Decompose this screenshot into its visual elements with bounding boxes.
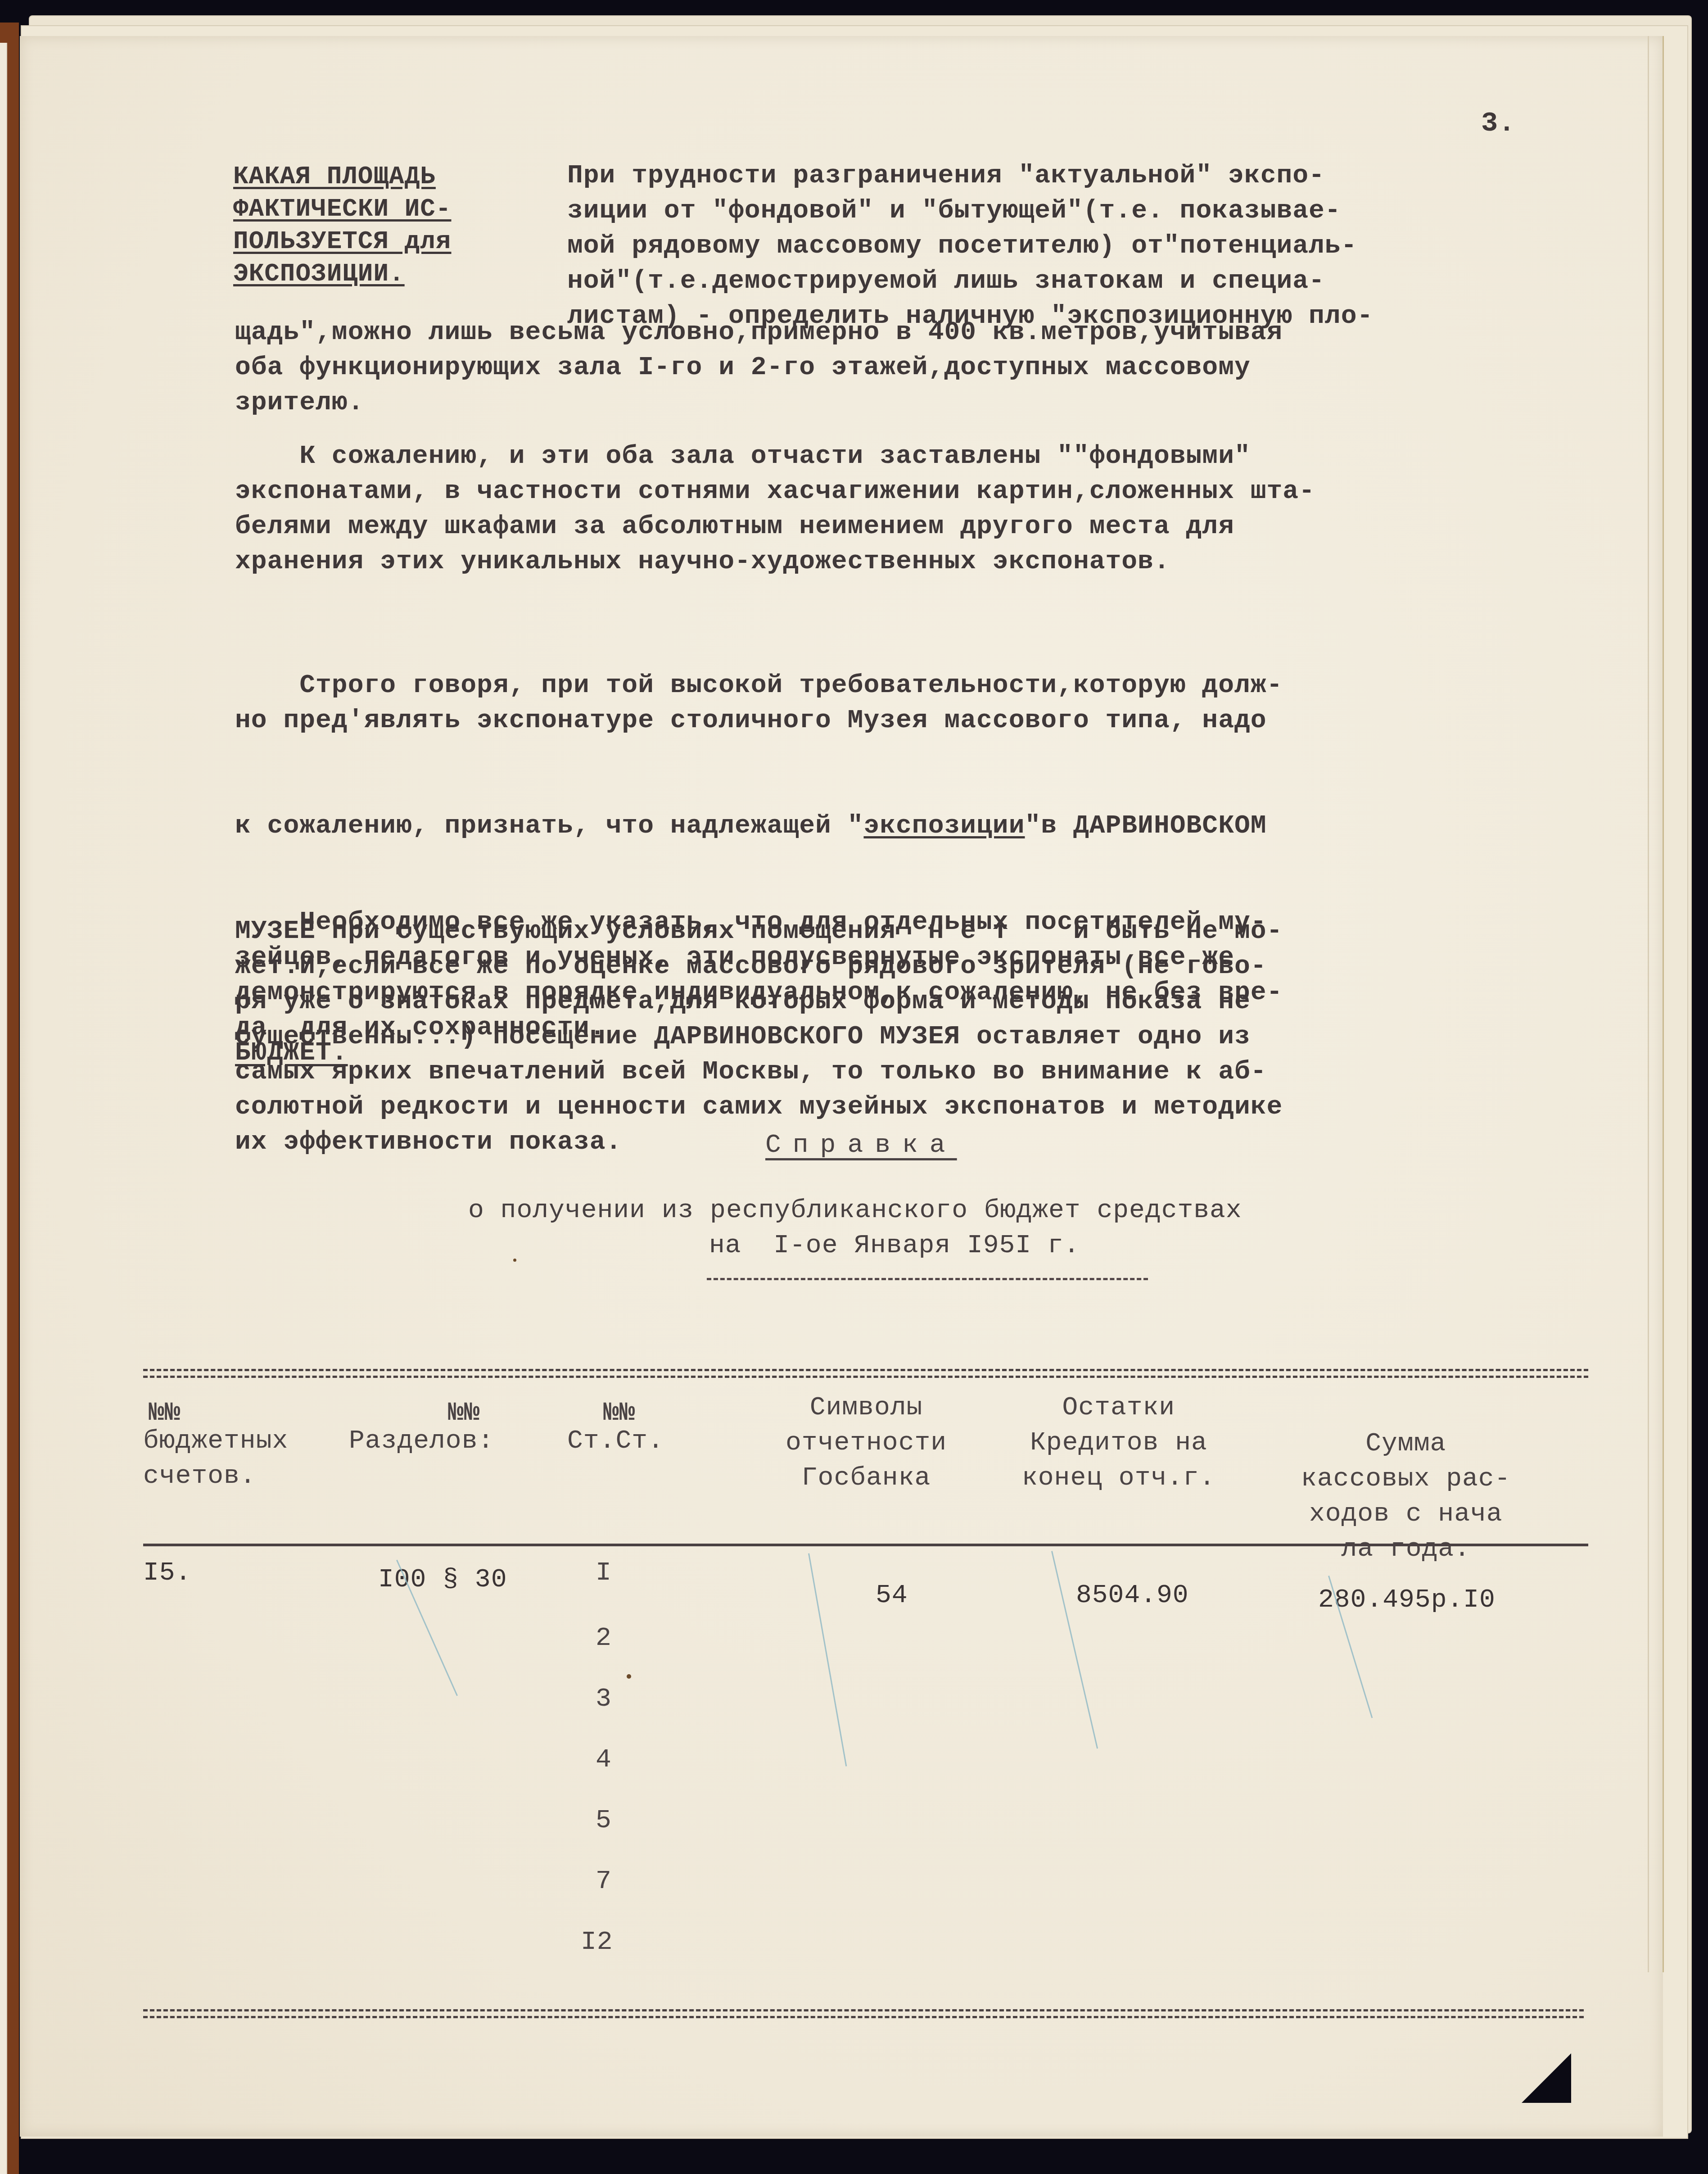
cell-article: I	[596, 1556, 612, 1591]
col-credit-balance: Остатки Кредитов на конец отч.г.	[1022, 1390, 1215, 1496]
text-line: хранения этих уникальных научно-художест…	[235, 544, 1315, 580]
col-articles-label: Ст.Ст.	[567, 1424, 664, 1459]
page-right-edge	[1648, 36, 1664, 1972]
text-line: но пред'являть экспонатуре столичного Му…	[235, 703, 1283, 738]
cell-section: I00 § 30	[378, 1563, 507, 1598]
text-line: ной"(т.е.демострируемой лишь знатокам и …	[567, 264, 1373, 299]
side-heading-line: ФАКТИЧЕСКИ ИС-	[233, 193, 544, 225]
text-line: К сожалению, и эти оба зала отчасти заст…	[235, 439, 1315, 474]
side-heading-line: КАКАЯ ПЛОЩАДЬ	[233, 160, 544, 193]
side-heading-line: ЭКСПОЗИЦИИ.	[233, 258, 544, 290]
cell-article: 3	[596, 1682, 612, 1717]
cell-article: 7	[596, 1864, 612, 1899]
cell-article: 5	[596, 1803, 612, 1839]
ink-spot	[627, 1674, 631, 1679]
paragraph-1-indented: При трудности разграничения "актуальной"…	[567, 159, 1373, 334]
col-sections-label: Разделов:	[349, 1424, 494, 1459]
text-line: демонстрируются в порядке индивидуальном…	[235, 975, 1283, 1010]
cell-budget-account: I5.	[143, 1556, 191, 1591]
paragraph-1-continued: щадь",можно лишь весьма условно,примерно…	[235, 315, 1283, 421]
paragraph-3-lines-before: Строго говоря, при той высокой требовате…	[235, 668, 1283, 738]
cell-article: I2	[581, 1925, 613, 1960]
paragraph-3-underlined-line: к сожалению, признать, что надлежащей "э…	[235, 809, 1283, 844]
cell-gosbank-symbol: 54	[876, 1578, 908, 1613]
text-line: их эффективности показа.	[235, 1125, 1283, 1160]
text-line: При трудности разграничения "актуальной"…	[567, 159, 1373, 194]
text-line: Строго говоря, при той высокой требовате…	[235, 668, 1283, 703]
text-line: зрителю.	[235, 385, 1283, 421]
cell-cash-expenses: 280.495р.I0	[1318, 1583, 1496, 1618]
table-top-rule	[143, 1369, 1588, 1378]
text-line: самых ярких впечатлений всей Москвы, то …	[235, 1055, 1283, 1090]
side-heading-line: ПОЛЬЗУЕТСЯ для	[233, 225, 544, 258]
spravka-date: на I-ое Января I95I г.	[709, 1228, 1080, 1264]
spravka-subtitle: о получении из республиканского бюджет с…	[468, 1193, 1242, 1228]
text-fragment: к сожалению, признать, что надлежащей "	[235, 811, 863, 841]
spravka-title: Справка	[765, 1128, 957, 1163]
table-header-rule	[143, 1544, 1588, 1546]
text-line: да для их сохранности.	[235, 1010, 1283, 1046]
budget-heading: БЮДЖЕТ.	[235, 1036, 348, 1071]
text-line: щадь",можно лишь весьма условно,примерно…	[235, 315, 1283, 350]
ink-spot	[513, 1259, 516, 1262]
text-line: зиции от "фондовой" и "бытующей"(т.е. по…	[567, 194, 1373, 229]
date-underline-divider	[707, 1278, 1148, 1280]
previous-sheet-edge	[0, 43, 7, 2174]
table-bottom-rule	[143, 2009, 1584, 2018]
text-line: мой рядовому массовому посетителю) от"по…	[567, 229, 1373, 264]
text-line: оба функционирующих зала I-го и 2-го эта…	[235, 350, 1283, 385]
text-line: белями между шкафами за абсолютным неиме…	[235, 509, 1315, 544]
text-line: зейцев, педагогов и ученых, эти полусвер…	[235, 940, 1283, 975]
torn-corner	[1522, 2053, 1571, 2103]
paragraph-2: К сожалению, и эти оба зала отчасти заст…	[235, 439, 1315, 580]
cell-article: 4	[596, 1743, 612, 1778]
cell-credit-balance: 8504.90	[1076, 1578, 1189, 1613]
col-budget-accounts-label: бюджетных счетов.	[143, 1424, 288, 1494]
underlined-word: экспозиции	[863, 811, 1025, 841]
text-line: Необходимо все же указать, что для отдел…	[235, 905, 1283, 940]
col-gosbank-symbols: Символы отчетности Госбанка	[786, 1390, 947, 1496]
side-heading: КАКАЯ ПЛОЩАДЬФАКТИЧЕСКИ ИС-ПОЛЬЗУЕТСЯ дл…	[233, 160, 544, 290]
text-line: солютной редкости и ценности самих музей…	[235, 1090, 1283, 1125]
page-number: 3.	[1481, 106, 1515, 141]
cell-article: 2	[596, 1621, 612, 1656]
paragraph-4: Необходимо все же указать, что для отдел…	[235, 905, 1283, 1046]
text-line: экспонатами, в частности сотнями хасчаги…	[235, 474, 1315, 509]
text-fragment: "в ДАРВИНОВСКОМ	[1025, 811, 1266, 841]
